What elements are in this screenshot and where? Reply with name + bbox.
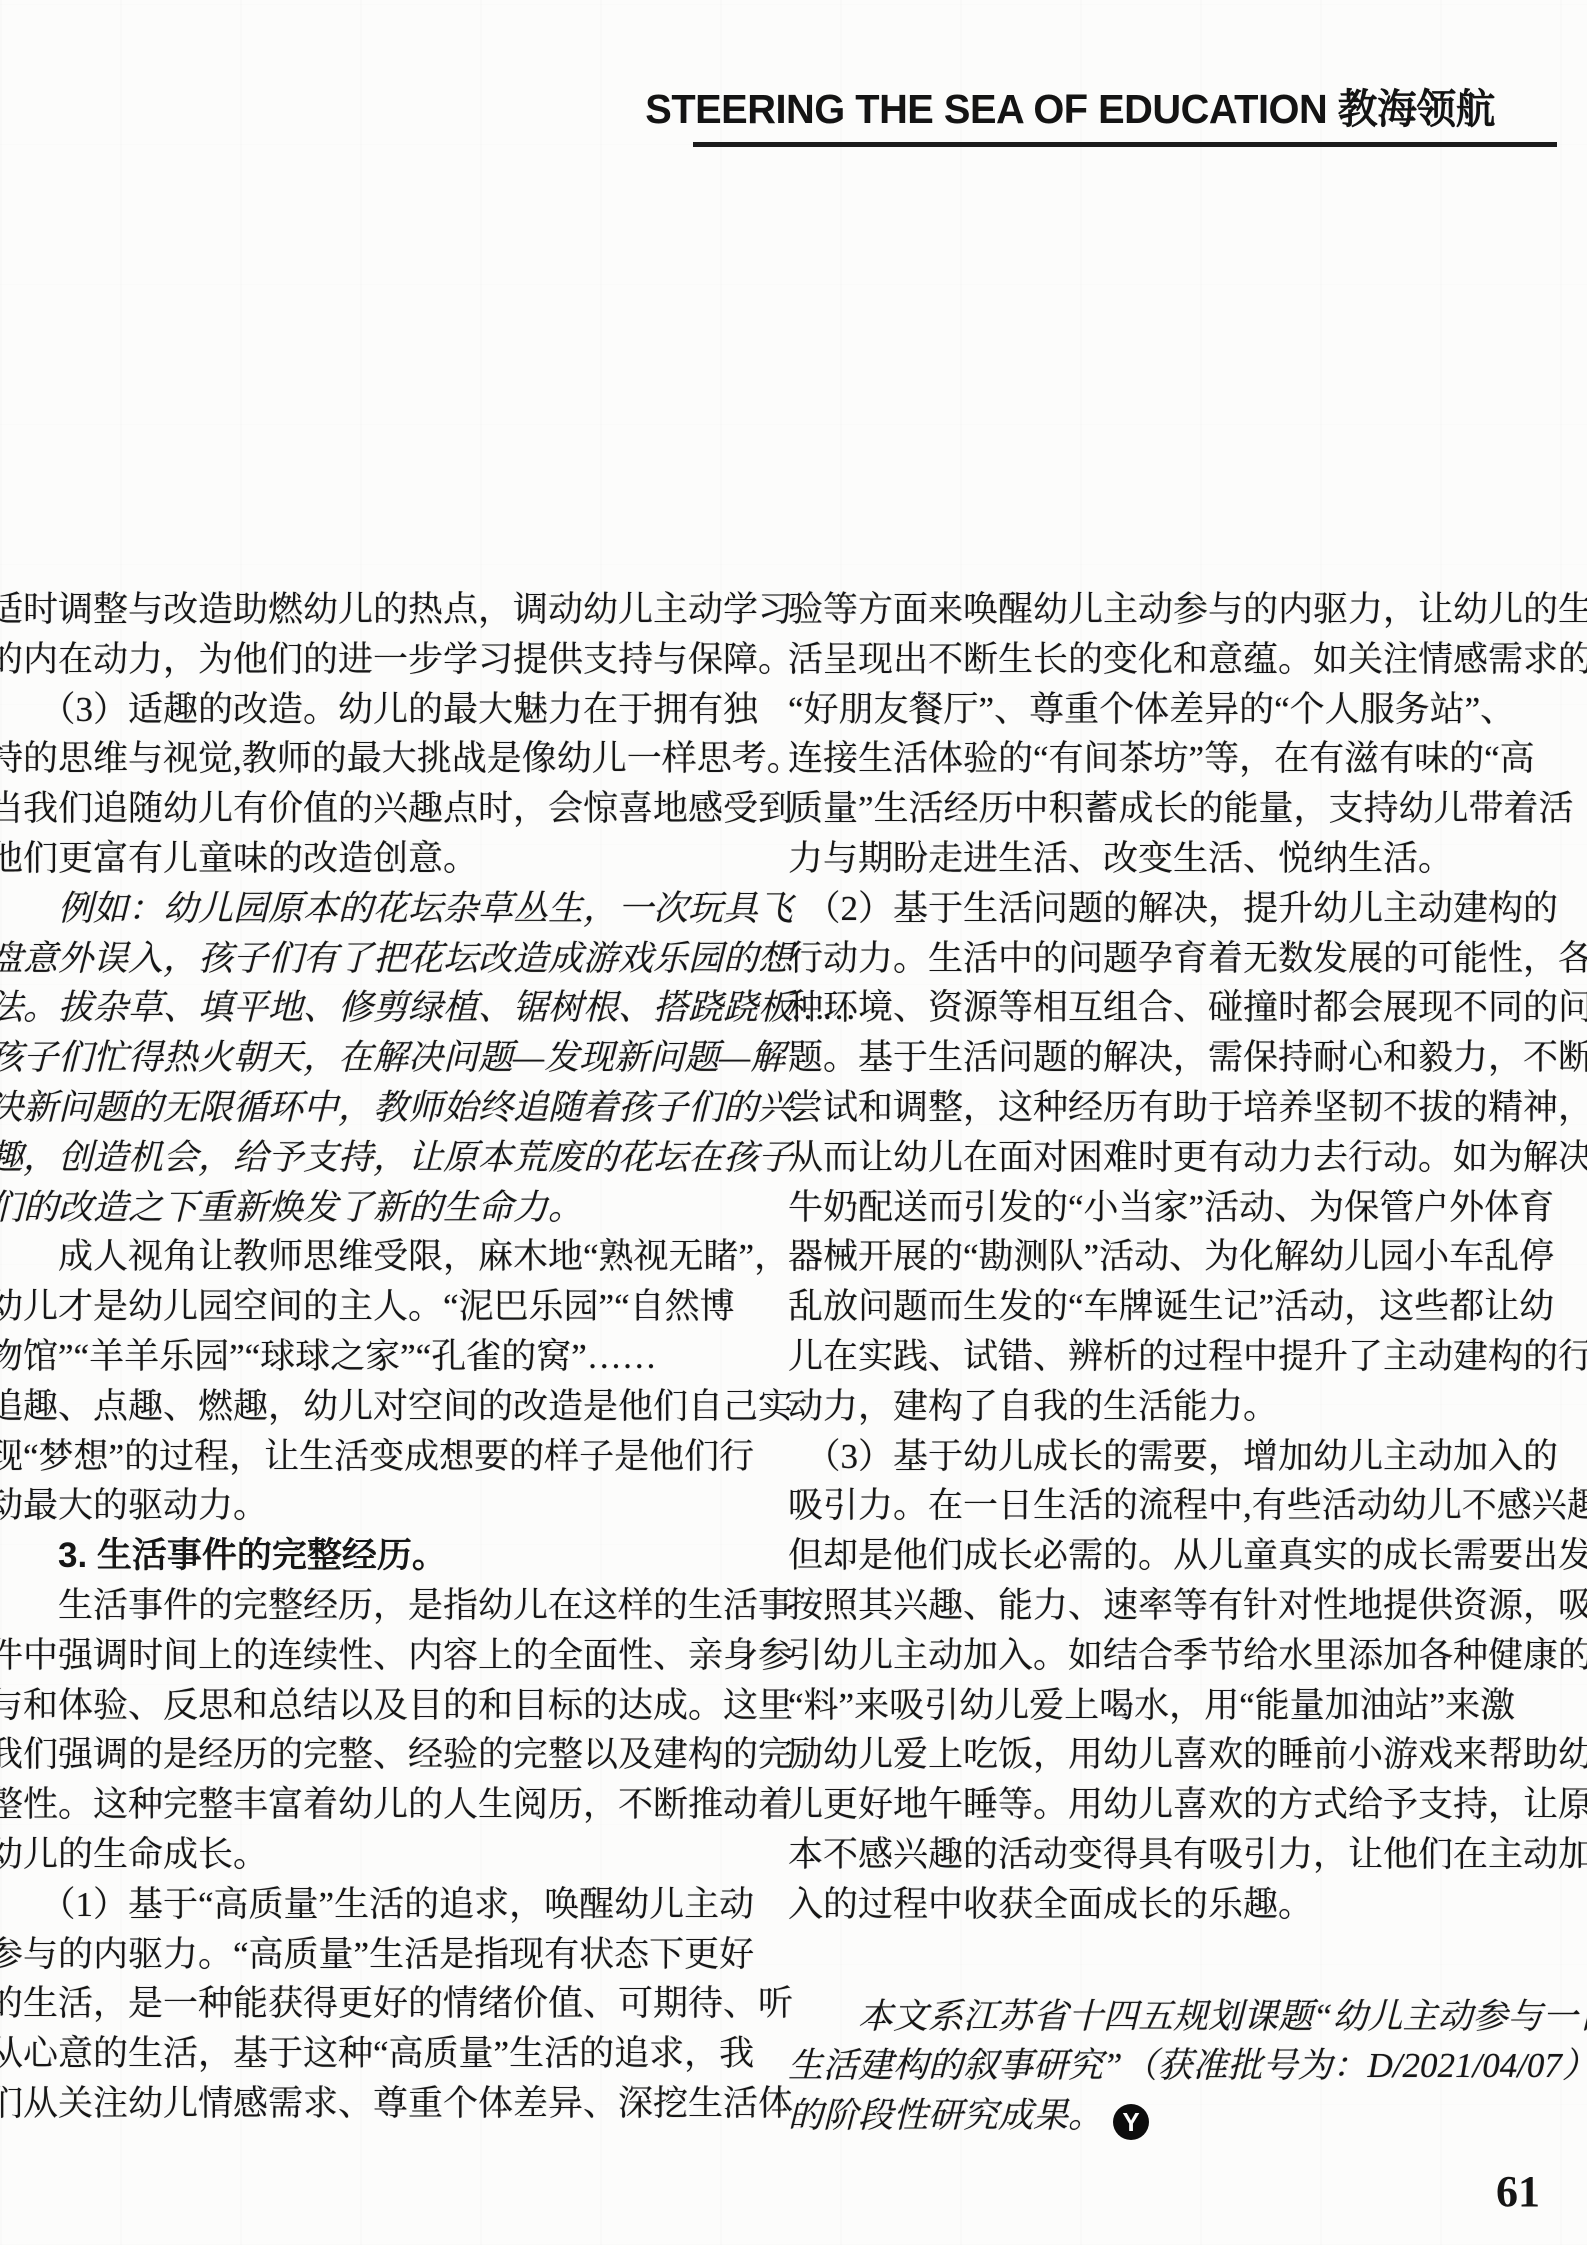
text-line: 本不感兴趣的活动变得具有吸引力，让他们在主动加 bbox=[788, 1830, 1560, 1880]
text-line: 验等方面来唤醒幼儿主动参与的内驱力，让幼儿的生 bbox=[788, 585, 1560, 635]
text-line: 趣，创造机会，给予支持，让原本荒废的花坛在孩子 bbox=[0, 1133, 758, 1183]
text-line: 盘意外误入，孩子们有了把花坛改造成游戏乐园的想 bbox=[0, 934, 758, 984]
text-line: “料”来吸引幼儿爱上喝水，用“能量加油站”来激 bbox=[788, 1681, 1560, 1731]
text-line: 们从关注幼儿情感需求、尊重个体差异、深挖生活体 bbox=[0, 2079, 758, 2129]
text-line: 动最大的驱动力。 bbox=[0, 1481, 758, 1531]
text-line: 幼儿的生命成长。 bbox=[0, 1830, 758, 1880]
text-line: 追趣、点趣、燃趣，幼儿对空间的改造是他们自己实 bbox=[0, 1382, 758, 1432]
text-line: （2）基于生活问题的解决，提升幼儿主动建构的 bbox=[788, 884, 1560, 934]
text-line: （3）基于幼儿成长的需要，增加幼儿主动加入的 bbox=[788, 1432, 1560, 1482]
text-line: 入的过程中收获全面成长的乐趣。 bbox=[788, 1880, 1560, 1930]
text-line: 从而让幼儿在面对困难时更有动力去行动。如为解决 bbox=[788, 1133, 1560, 1183]
text-line: 质量”生活经历中积蓄成长的能量，支持幼儿带着活 bbox=[788, 784, 1560, 834]
text-line: 的生活，是一种能获得更好的情绪价值、可期待、听 bbox=[0, 1979, 758, 2029]
funding-note-line: 的阶段性研究成果。Y bbox=[788, 2091, 1560, 2141]
text-line: 法。拔杂草、填平地、修剪绿植、锯树根、搭跷跷板…… bbox=[0, 983, 758, 1033]
text-line: 整性。这种完整丰富着幼儿的人生阅历，不断推动着 bbox=[0, 1780, 758, 1830]
text-line: 牛奶配送而引发的“小当家”活动、为保管户外体育 bbox=[788, 1183, 1560, 1233]
text-line: 件中强调时间上的连续性、内容上的全面性、亲身参 bbox=[0, 1631, 758, 1681]
text-line: 吸引力。在一日生活的流程中,有些活动幼儿不感兴趣， bbox=[788, 1481, 1560, 1531]
column-body: 验等方面来唤醒幼儿主动参与的内驱力，让幼儿的生活呈现出不断生长的变化和意蕴。如关… bbox=[788, 585, 1560, 1930]
text-line: 励幼儿爱上吃饭，用幼儿喜欢的睡前小游戏来帮助幼 bbox=[788, 1730, 1560, 1780]
text-line: 例如：幼儿园原本的花坛杂草丛生，一次玩具飞 bbox=[0, 884, 758, 934]
text-line: 器械开展的“勘测队”活动、为化解幼儿园小车乱停 bbox=[788, 1232, 1560, 1282]
text-line: 们的改造之下重新焕发了新的生命力。 bbox=[0, 1183, 758, 1233]
text-line: 我们强调的是经历的完整、经验的完整以及建构的完 bbox=[0, 1730, 758, 1780]
text-line: 儿在实践、试错、辨析的过程中提升了主动建构的行 bbox=[788, 1332, 1560, 1382]
text-line: 尝试和调整，这种经历有助于培养坚韧不拔的精神， bbox=[788, 1083, 1560, 1133]
text-line: 他们更富有儿童味的改造创意。 bbox=[0, 834, 758, 884]
article-column-left: 适时调整与改造助燃幼儿的热点，调动幼儿主动学习的内在动力，为他们的进一步学习提供… bbox=[0, 585, 758, 2129]
page-number: 61 bbox=[1496, 2166, 1540, 2217]
text-line: 种环境、资源等相互组合、碰撞时都会展现不同的问 bbox=[788, 983, 1560, 1033]
funding-note-line: 生活建构的叙事研究”（获准批号为：D/2021/04/07） bbox=[788, 2041, 1560, 2091]
text-line: 物馆”“羊羊乐园”“球球之家”“孔雀的窝”…… bbox=[0, 1332, 758, 1382]
text-line: “好朋友餐厅”、尊重个体差异的“个人服务站”、 bbox=[788, 685, 1560, 735]
text-line: 决新问题的无限循环中，教师始终追随着孩子们的兴 bbox=[0, 1083, 758, 1133]
text-line: 动力，建构了自我的生活能力。 bbox=[788, 1382, 1560, 1432]
end-of-article-icon: Y bbox=[1113, 2104, 1149, 2140]
text-line: 儿更好地午睡等。用幼儿喜欢的方式给予支持，让原 bbox=[788, 1780, 1560, 1830]
text-line: 孩子们忙得热火朝天，在解决问题—发现新问题—解 bbox=[0, 1033, 758, 1083]
funding-note-line: 本文系江苏省十四五规划课题“幼儿主动参与一日 bbox=[788, 1992, 1560, 2042]
funding-note: 本文系江苏省十四五规划课题“幼儿主动参与一日生活建构的叙事研究”（获准批号为：D… bbox=[788, 1992, 1560, 2141]
text-line: 力与期盼走进生活、改变生活、悦纳生活。 bbox=[788, 834, 1560, 884]
running-head: STEERING THE SEA OF EDUCATION 教海领航 bbox=[645, 76, 1495, 135]
text-line: 成人视角让教师思维受限，麻木地“熟视无睹”， bbox=[0, 1232, 758, 1282]
text-line: 与和体验、反思和总结以及目的和目标的达成。这里 bbox=[0, 1681, 758, 1731]
text-line: 连接生活体验的“有间茶坊”等，在有滋有味的“高 bbox=[788, 734, 1560, 784]
text-line: （1）基于“高质量”生活的追求，唤醒幼儿主动 bbox=[0, 1880, 758, 1930]
text-line: 适时调整与改造助燃幼儿的热点，调动幼儿主动学习 bbox=[0, 585, 758, 635]
text-line: 乱放问题而生发的“车牌诞生记”活动，这些都让幼 bbox=[788, 1282, 1560, 1332]
text-line: 从心意的生活，基于这种“高质量”生活的追求，我 bbox=[0, 2029, 758, 2079]
text-line: 但却是他们成长必需的。从儿童真实的成长需要出发， bbox=[788, 1531, 1560, 1581]
text-line: 按照其兴趣、能力、速率等有针对性地提供资源，吸 bbox=[788, 1581, 1560, 1631]
text-line: 当我们追随幼儿有价值的兴趣点时，会惊喜地感受到 bbox=[0, 784, 758, 834]
text-line: 参与的内驱力。“高质量”生活是指现有状态下更好 bbox=[0, 1930, 758, 1980]
text-line: 生活事件的完整经历，是指幼儿在这样的生活事 bbox=[0, 1581, 758, 1631]
text-line: （3）适趣的改造。幼儿的最大魅力在于拥有独 bbox=[0, 685, 758, 735]
text-line: 现“梦想”的过程，让生活变成想要的样子是他们行 bbox=[0, 1432, 758, 1482]
text-line: 3. 生活事件的完整经历。 bbox=[0, 1531, 758, 1581]
header-rule bbox=[693, 142, 1557, 147]
text-line: 特的思维与视觉,教师的最大挑战是像幼儿一样思考。 bbox=[0, 734, 758, 784]
article-column-right: 验等方面来唤醒幼儿主动参与的内驱力，让幼儿的生活呈现出不断生长的变化和意蕴。如关… bbox=[788, 585, 1560, 2141]
text-line: 幼儿才是幼儿园空间的主人。“泥巴乐园”“自然博 bbox=[0, 1282, 758, 1332]
text-line: 的内在动力，为他们的进一步学习提供支持与保障。 bbox=[0, 635, 758, 685]
text-line: 活呈现出不断生长的变化和意蕴。如关注情感需求的 bbox=[788, 635, 1560, 685]
text-line: 行动力。生活中的问题孕育着无数发展的可能性，各 bbox=[788, 934, 1560, 984]
text-line: 引幼儿主动加入。如结合季节给水里添加各种健康的 bbox=[788, 1631, 1560, 1681]
text-line: 题。基于生活问题的解决，需保持耐心和毅力，不断 bbox=[788, 1033, 1560, 1083]
